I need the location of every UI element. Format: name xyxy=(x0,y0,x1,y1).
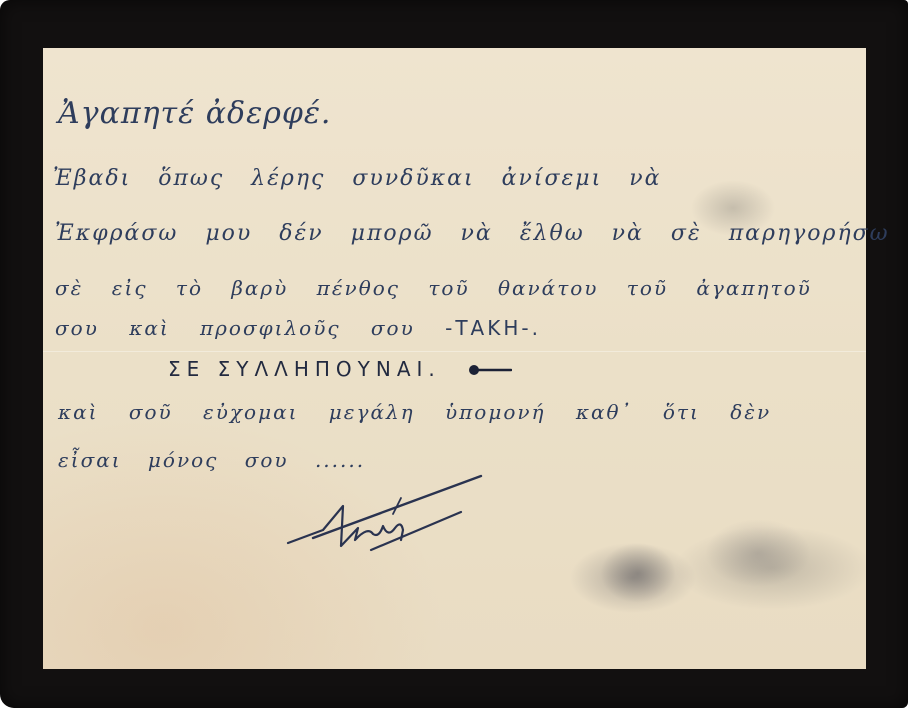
letter-line-4-text: σου καὶ προσφιλοῦς σου xyxy=(55,316,415,340)
letter-line-5: καὶ σοῦ εὐχομαι μεγάλη ὑπομονή καθ᾽ ὅτι … xyxy=(58,400,771,424)
letter-greeting: Ἀγαπητέ ἀδερφέ. xyxy=(58,96,331,131)
paper-fold-line xyxy=(43,351,866,352)
letter-paper: Ἀγαπητέ ἀδερφέ. Ἐβαδι ὅπως λέρης συνδῦκα… xyxy=(43,48,866,669)
letter-line-3: σὲ εἰς τὸ βαρὺ πένθος τοῦ θανάτου τοῦ ἀγ… xyxy=(55,276,812,300)
letter-line-4: σου καὶ προσφιλοῦς σου -ΤΑΚΗ-. xyxy=(55,316,541,340)
letter-line-2: Ἐκφράσω μου δέν μπορῶ νὰ ἔλθω νὰ σὲ παρη… xyxy=(55,221,890,246)
deceased-name: -ΤΑΚΗ-. xyxy=(445,316,541,340)
mourning-card-border: Ἀγαπητέ ἀδερφέ. Ἐβαδι ὅπως λέρης συνδῦκα… xyxy=(0,0,908,708)
letter-line-1: Ἐβαδι ὅπως λέρης συνδῦκαι ἀνίσεμι νὰ xyxy=(53,166,661,191)
signature-icon xyxy=(283,468,483,558)
ink-smudge xyxy=(588,503,858,623)
condolence-caps-line: ΣΕ ΣΥΛΛΗΠΟΥΝΑΙ. xyxy=(168,357,441,381)
arrow-left-icon xyxy=(468,364,512,376)
